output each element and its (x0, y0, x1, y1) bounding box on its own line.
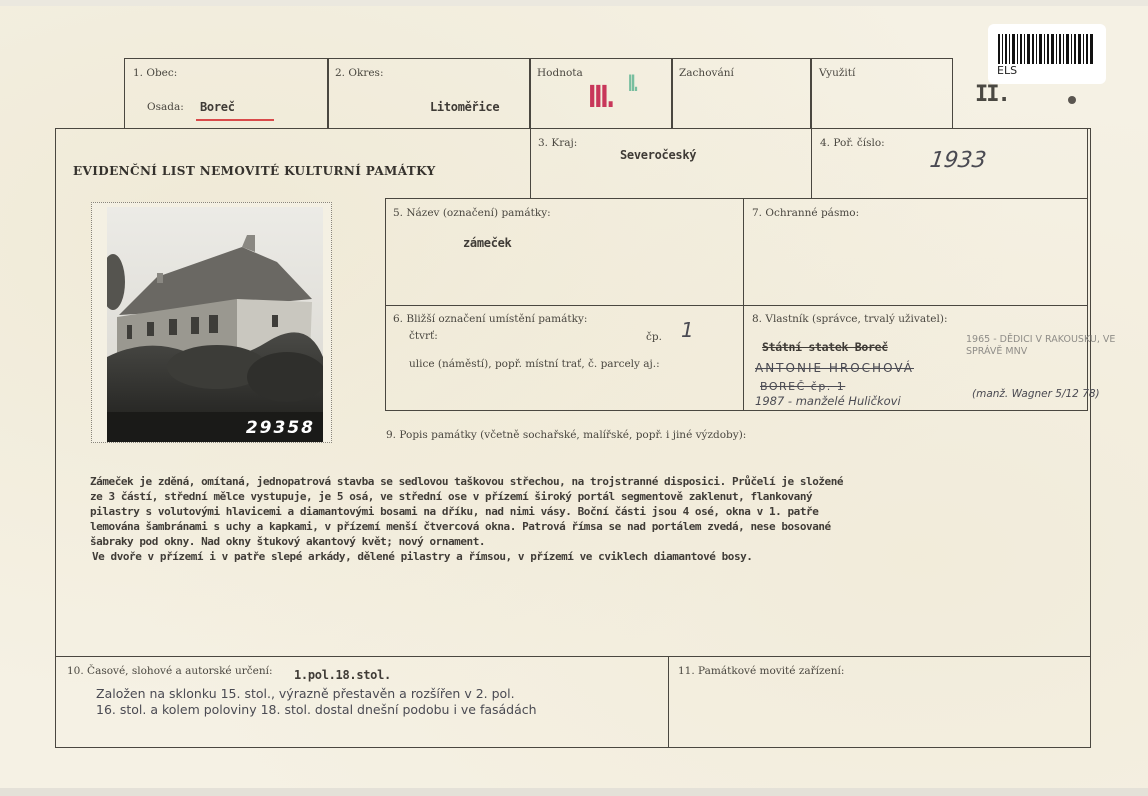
corner-mark: II. (975, 82, 1009, 107)
document-title: EVIDENČNÍ LIST NEMOVITÉ KULTURNÍ PAMÁTKY (73, 164, 436, 178)
movite-zarizeni-label: 11. Památkové movité zařízení: (678, 665, 844, 677)
popis-line: šabraky pod okny. Nad okny štukový akant… (90, 535, 485, 548)
okres-value: Litoměřice (430, 100, 499, 114)
vlastnik-note-1965: 1965 - DĚDICI V RAKOUSKU, VE SPRÁVĚ MNV (966, 334, 1131, 358)
osada-label: Osada: (147, 101, 184, 113)
cp-value: 1 (681, 318, 694, 342)
barcode-sticker: ELS (988, 24, 1106, 84)
cp-label: čp. (646, 331, 662, 343)
building-photo-icon (107, 207, 323, 442)
photo-number: 29358 (246, 418, 315, 438)
popis-line: Ve dvoře v přízemí i v patře slepé arkád… (92, 550, 752, 563)
vlastnik-entry-3: BOREČ čp. 1 (760, 380, 845, 393)
barcode-label-text: ELS (997, 64, 1017, 77)
vlastnik-entry-1: Státní statek Boreč (762, 340, 888, 354)
nazev-value: zámeček (463, 236, 511, 250)
ctvrt-label: čtvrť: (409, 330, 438, 342)
barcode-icon (998, 34, 1094, 64)
kraj-value: Severočeský (620, 148, 696, 162)
por-cislo-label: 4. Poř. číslo: (820, 137, 885, 149)
vlastnik-label: 8. Vlastník (správce, trvalý uživatel): (752, 313, 948, 325)
zachovani-label: Zachování (679, 67, 734, 79)
vlastnik-entry-2: ANTONIE HROCHOVÁ (755, 361, 914, 375)
obec-label: 1. Obec: (133, 67, 177, 79)
paper-edge-bottom (0, 788, 1148, 796)
osada-underline (196, 119, 274, 121)
popis-line: ze 3 částí, střední mělce vystupuje, je … (90, 490, 812, 503)
hodnota-stamp-green: II. (628, 72, 637, 97)
umisteni-label: 6. Bližší označení umístění památky: (393, 313, 587, 325)
kraj-label: 3. Kraj: (538, 137, 577, 149)
popis-line: pilastry s volutovými hlavicemi a diaman… (90, 505, 818, 518)
urceni-handwritten-line: Založen na sklonku 15. stol., výrazně př… (96, 686, 515, 701)
urceni-label: 10. Časové, slohové a autorské určení: (67, 665, 273, 677)
ochranne-pasmo-label: 7. Ochranné pásmo: (752, 207, 859, 219)
vlastnik-entry-4: 1987 - manželé Huličkovi (755, 394, 901, 408)
ulice-label: ulice (náměstí), popř. místní trať, č. p… (409, 358, 660, 370)
paper-edge-top (0, 0, 1148, 6)
hodnota-stamp-red: III. (588, 80, 613, 115)
osada-value: Boreč (200, 100, 235, 114)
hodnota-label: Hodnota (537, 67, 583, 79)
urceni-handwritten-line: 16. stol. a kolem poloviny 18. stol. dos… (96, 702, 537, 717)
popis-line: lemována šambránami s uchy a kapkami, v … (90, 520, 831, 533)
monument-photo: 29358 (107, 207, 323, 442)
ink-blot (1068, 96, 1076, 104)
popis-label: 9. Popis památky (včetně sochařské, malí… (386, 429, 746, 441)
por-cislo-value: 1933 (928, 148, 988, 173)
vlastnik-note-wagner: (manž. Wagner 5/12 78) (972, 388, 1100, 400)
popis-line: Zámeček je zděná, omítaná, jednopatrová … (90, 475, 843, 488)
okres-label: 2. Okres: (335, 67, 384, 79)
nazev-label: 5. Název (označení) památky: (393, 207, 551, 219)
urceni-typed-value: 1.pol.18.stol. (294, 668, 391, 682)
vyuziti-label: Využití (819, 67, 855, 79)
